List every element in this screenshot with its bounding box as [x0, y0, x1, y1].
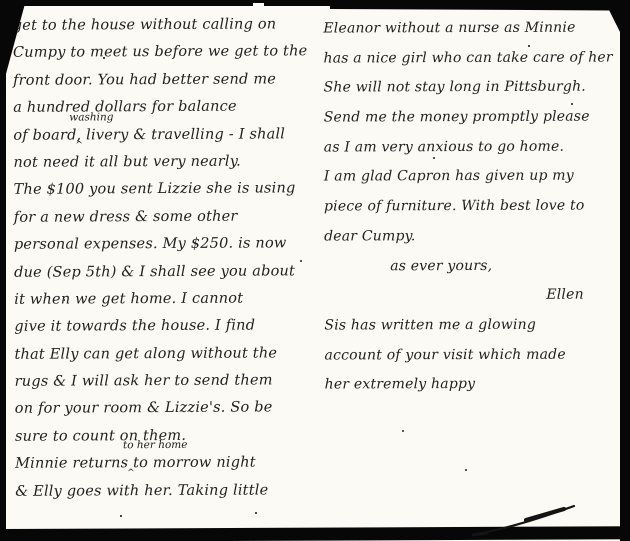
letter-line: due (Sep 5th) & I shall see you about: [14, 258, 316, 287]
letter-line: Minnie returnsto her home^ to morrow nig…: [15, 449, 317, 478]
letter-line: that Elly can get along without the: [14, 340, 316, 369]
closing-line: as ever yours,: [390, 251, 624, 282]
letter-line: give it towards the house. I find: [14, 313, 316, 342]
letter-line: for a new dress & some other: [14, 203, 316, 232]
letter-line: Send me the money promptly please: [324, 103, 624, 134]
scan-border-right: [620, 0, 630, 541]
letter-line-text: of board,: [13, 127, 81, 143]
letter-line: has a nice girl who can take care of her: [323, 43, 623, 74]
letter-line: of board,washing^ livery & travelling - …: [13, 121, 315, 150]
postscript-line: Sis has written me a glowing: [324, 310, 624, 341]
letter-line: She will not stay long in Pittsburgh.: [324, 73, 624, 104]
postscript-line: account of your visit which made: [324, 340, 624, 371]
letter-line: dear Cumpy.: [324, 221, 624, 252]
pen-flourish-mark: [468, 496, 588, 538]
letter-line-text: livery & travelling - I shall: [81, 126, 285, 143]
letter-line: Eleanor without a nurse as Minnie: [323, 13, 623, 44]
right-column: Eleanor without a nurse as Minnie has a …: [323, 13, 624, 400]
letter-line: front door. You had better send me: [13, 66, 315, 95]
scan-border-notch: [253, 3, 264, 7]
letter-line: personal expenses. My $250. is now: [14, 230, 316, 259]
letter-line-text: Minnie returns: [15, 455, 128, 472]
signature: Ellen: [546, 281, 624, 311]
inserted-word: washing: [69, 112, 113, 122]
scan-border-top-right: [330, 0, 630, 11]
letter-line: rugs & I will ask her to send them: [15, 367, 317, 396]
letter-line: get to the house without calling on: [13, 11, 315, 40]
scan-specks: [103, 57, 105, 59]
postscript-line: her extremely happy: [325, 370, 625, 401]
letter-line: a hundred dollars for balance: [13, 93, 315, 122]
left-column: get to the house without calling on Cump…: [13, 11, 318, 506]
letter-line: it when we get home. I cannot: [14, 285, 316, 314]
inserted-word: to her home: [123, 440, 188, 450]
letter-line: The $100 you sent Lizzie she is using: [14, 176, 316, 205]
letter-line: on for your room & Lizzie's. So be: [15, 395, 317, 424]
letter-line-text: to morrow night: [128, 455, 256, 472]
letter-line: & Elly goes with her. Taking little: [15, 477, 317, 506]
scanned-handwritten-letter: get to the house without calling on Cump…: [0, 0, 630, 541]
letter-line: I am glad Capron has given up my: [324, 162, 624, 193]
letter-line: not need it all but very nearly.: [13, 148, 315, 177]
letter-line: piece of furniture. With best love to: [324, 192, 624, 223]
letter-line: Cumpy to meet us before we get to the: [13, 39, 315, 68]
letter-line: as I am very anxious to go home.: [324, 132, 624, 163]
